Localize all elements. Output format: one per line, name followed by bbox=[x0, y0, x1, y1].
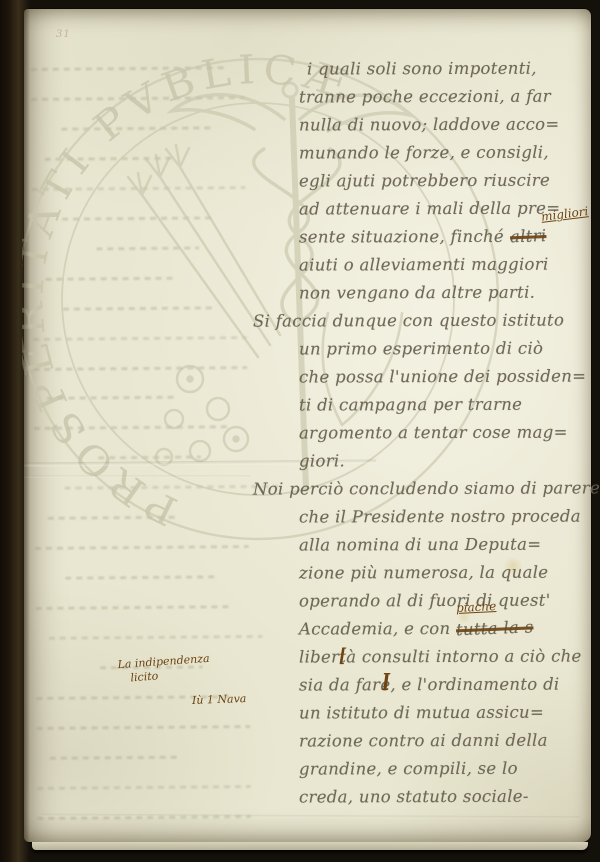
manuscript-line: creda, uno statuto sociale- bbox=[299, 782, 600, 811]
manuscript-line: nulla di nuovo; laddove acco= bbox=[299, 110, 600, 139]
manuscript-line: tranne poche eccezioni, a far bbox=[299, 82, 600, 111]
bleedthrough-line bbox=[50, 756, 178, 760]
marginal-note-line: Iù 1 Nava bbox=[192, 692, 247, 707]
manuscript-line: sia da fare, e l'ordinamento di bbox=[299, 670, 600, 699]
manuscript-line: sente situazione, finché altri bbox=[299, 222, 600, 251]
manuscript-line: aiuti o alleviamenti maggiori bbox=[299, 250, 600, 279]
interlinear-insertion: piache bbox=[456, 599, 497, 615]
manuscript-line: un primo esperimento di ciò bbox=[299, 334, 600, 363]
folio-number: 31 bbox=[56, 29, 71, 40]
manuscript-text-block: i quali soli sono impotenti, tranne poch… bbox=[253, 55, 600, 811]
manuscript-line: Noi perciò concludendo siamo di parere bbox=[253, 474, 600, 503]
manuscript-line: munando le forze, e consigli, bbox=[299, 138, 600, 167]
bleedthrough-line bbox=[49, 635, 263, 640]
bleedthrough-line bbox=[35, 605, 232, 610]
manuscript-line: un istituto di mutua assicu= bbox=[299, 698, 600, 727]
manuscript-line: razione contro ai danni della bbox=[299, 726, 600, 755]
manuscript-line: Si faccia dunque con questo istituto bbox=[253, 306, 600, 335]
manuscript-line: Accademia, e con tutta la s bbox=[299, 614, 600, 643]
paper-sheet: PROSPERITATI PVBLICÆ 31 i quali soli son… bbox=[24, 9, 591, 842]
manuscript-line: i quali soli sono impotenti, bbox=[307, 54, 600, 83]
manuscript-line: che il Presidente nostro proceda bbox=[299, 502, 600, 531]
manuscript-line: non vengano da altre parti. bbox=[299, 278, 600, 307]
bleedthrough-line bbox=[36, 725, 250, 730]
manuscript-line: grandine, e compili, se lo bbox=[299, 754, 600, 783]
manuscript-line: che possa l'unione dei possiden= bbox=[299, 362, 600, 391]
insertion-caret-mark: I bbox=[382, 670, 390, 697]
bleedthrough-line bbox=[65, 576, 219, 580]
insertion-caret-mark: [ bbox=[339, 644, 346, 667]
bleedthrough-line bbox=[37, 815, 251, 820]
bleedthrough-line bbox=[37, 785, 251, 790]
manuscript-line: egli ajuti potrebbero riuscire bbox=[299, 166, 600, 195]
manuscript-line: giori. bbox=[299, 446, 600, 475]
struck-word: tutta la s bbox=[455, 613, 533, 644]
struck-word: altri bbox=[509, 222, 546, 251]
manuscript-line: operando al di fuori di quest' bbox=[299, 586, 600, 615]
manuscript-scan-page: PROSPERITATI PVBLICÆ 31 i quali soli son… bbox=[0, 0, 600, 862]
manuscript-line: ti di campagna per trarne bbox=[299, 390, 600, 419]
manuscript-line: zione più numerosa, la quale bbox=[299, 558, 600, 587]
manuscript-line: argomento a tentar cose mag= bbox=[299, 418, 600, 447]
manuscript-line: alla nomina di una Deputa= bbox=[299, 530, 600, 559]
